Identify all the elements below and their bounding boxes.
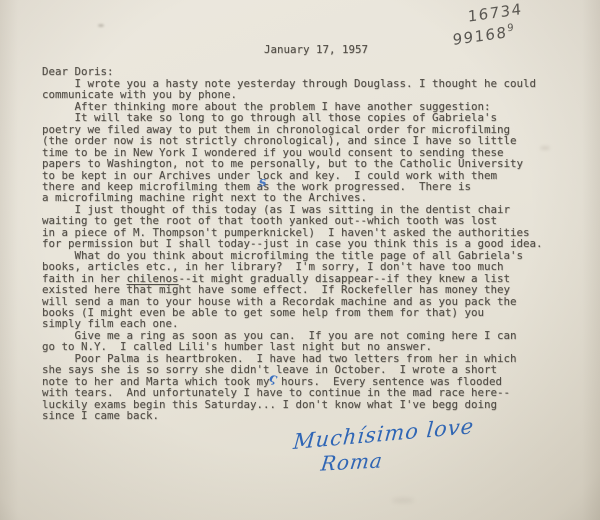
paper-smudge (98, 24, 104, 27)
word-as: as (257, 180, 270, 193)
typed-letter: January 17, 1957 Dear Doris: I wrote you… (42, 44, 584, 422)
letter-date: January 17, 1957 (264, 44, 584, 55)
catalog-number-bottom-superscript: 9 (507, 22, 514, 34)
scanned-letter-page: 16734 991689 January 17, 1957 Dear Doris… (0, 0, 600, 520)
signature-name-handwritten: Roma (320, 448, 385, 475)
word-as-with-ink-correction: ass (257, 181, 270, 192)
catalog-numbers-handwritten: 16734 991689 (452, 1, 524, 49)
body-part-2: the work progressed. There is a microfil… (42, 180, 543, 285)
letter-body: Dear Doris: I wrote you a hasty note yes… (42, 66, 584, 421)
paper-smudge (392, 498, 414, 503)
body-part-3: --it might gradually disappear--if they … (42, 272, 517, 388)
body-part-1: Dear Doris: I wrote you a hasty note yes… (42, 65, 536, 193)
